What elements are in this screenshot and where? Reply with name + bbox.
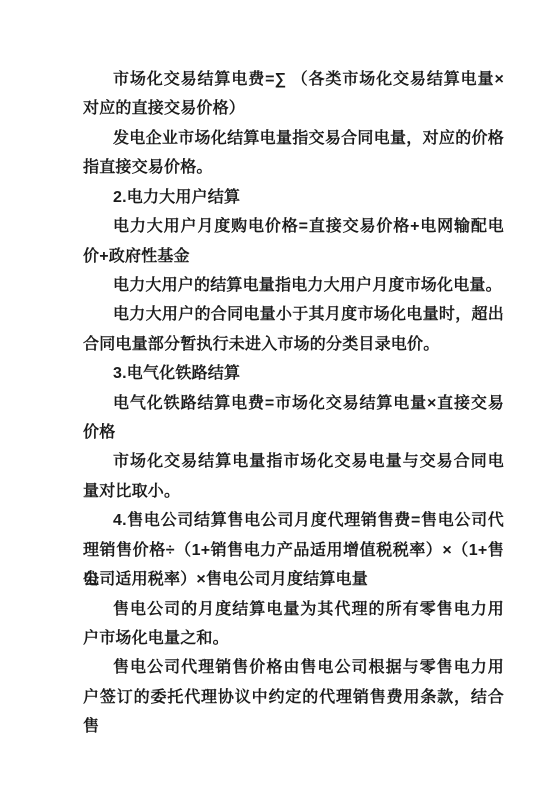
text-line: 指直接交易价格。 [83, 153, 504, 182]
text-line: 发电企业市场化结算电量指交易合同电量，对应的价格 [83, 124, 504, 153]
text-line: 售电公司代理销售价格由售电公司根据与零售电力用 [83, 653, 504, 682]
text-line: 合同电量部分暂执行未进入市场的分类目录电价。 [83, 330, 504, 359]
text-line: 价+政府性基金 [83, 242, 504, 271]
text-line: 售电公司的月度结算电量为其代理的所有零售电力用 [83, 595, 504, 624]
text-line: 3.电气化铁路结算 [83, 359, 504, 388]
document-page: 市场化交易结算电费=∑ （各类市场化交易结算电量×对应的直接交易价格）发电企业市… [0, 0, 560, 791]
text-line: 电力大用户的结算电量指电力大用户月度市场化电量。 [83, 271, 504, 300]
text-line: 市场化交易结算电量指市场化交易电量与交易合同电 [83, 447, 504, 476]
text-line: 市场化交易结算电费=∑ （各类市场化交易结算电量× [83, 65, 504, 94]
text-line: 理销售价格÷（1+销售电力产品适用增值税税率）×（1+售电 [83, 536, 504, 565]
text-line: 对应的直接交易价格） [83, 94, 504, 123]
text-line: 价格 [83, 418, 504, 447]
document-text-block: 市场化交易结算电费=∑ （各类市场化交易结算电量×对应的直接交易价格）发电企业市… [83, 65, 504, 712]
text-line: 电气化铁路结算电费=市场化交易结算电量×直接交易 [83, 389, 504, 418]
text-line: 公司适用税率）×售电公司月度结算电量 [83, 565, 504, 594]
text-line: 户签订的委托代理协议中约定的代理销售费用条款，结合售 [83, 683, 504, 712]
text-line: 量对比取小。 [83, 477, 504, 506]
text-line: 电力大用户月度购电价格=直接交易价格+电网输配电 [83, 212, 504, 241]
text-line: 2.电力大用户结算 [83, 183, 504, 212]
text-line: 电力大用户的合同电量小于其月度市场化电量时，超出 [83, 300, 504, 329]
text-line: 户市场化电量之和。 [83, 624, 504, 653]
text-line: 4.售电公司结算售电公司月度代理销售费=售电公司代 [83, 506, 504, 535]
